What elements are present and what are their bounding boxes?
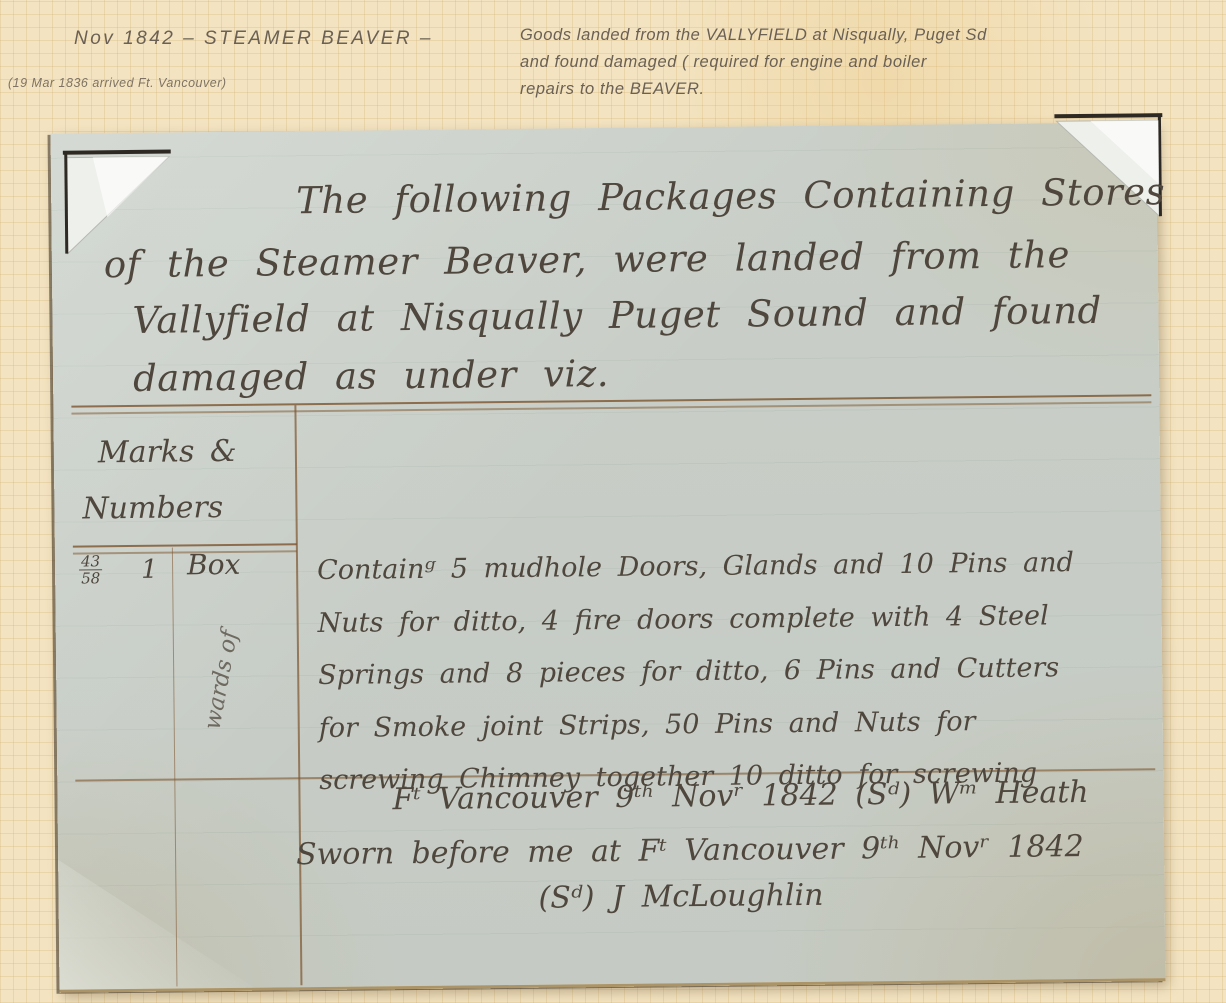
column-header-numbers: Numbers xyxy=(82,490,223,526)
annotation-archive-note: (19 Mar 1836 arrived Ft. Vancouver) xyxy=(8,76,227,90)
annotation-title: Nov 1842 – STEAMER BEAVER – xyxy=(74,28,433,50)
contents-line: for Smoke joint Strips, 50 Pins and Nuts… xyxy=(319,695,1076,755)
heading-line: of the Steamer Beaver, were landed from … xyxy=(104,233,1070,286)
attestation-line: Sworn before me at Fᵗ Vancouver 9ᵗʰ Novʳ… xyxy=(296,829,1084,872)
manuscript-document: The following Packages Containing Stores… xyxy=(51,122,1166,993)
signature-mcloughlin: (Sᵈ) J McLoughlin xyxy=(538,878,823,916)
contents-line: Springs and 8 pieces for ditto, 6 Pins a… xyxy=(318,642,1075,702)
heading-line: Vallyfield at Nisqually Puget Sound and … xyxy=(132,289,1102,342)
table-vertical-rule-sub xyxy=(172,548,178,987)
contents-line: Nuts for ditto, 4 fire doors complete wi… xyxy=(317,590,1074,650)
signature-heath: Fᵗ Vancouver 9ᵗʰ Novʳ 1842 (Sᵈ) Wᵐ Heath xyxy=(392,775,1089,817)
annotation-description-line: Goods landed from the VALLYFIELD at Nisq… xyxy=(520,22,987,49)
mark-denominator: 58 xyxy=(81,570,100,586)
annotation-description: Goods landed from the VALLYFIELD at Nisq… xyxy=(520,22,987,103)
marks-column-rule xyxy=(73,543,297,554)
scrapbook-page: Nov 1842 – STEAMER BEAVER – Goods landed… xyxy=(0,0,1226,1003)
mark-fraction: 43 58 xyxy=(79,553,102,586)
contents-line: Containᵍ 5 mudhole Doors, Glands and 10 … xyxy=(317,537,1074,597)
package-type: Box xyxy=(187,548,241,582)
table-vertical-rule-main xyxy=(294,405,302,985)
annotation-description-line: and found damaged ( required for engine … xyxy=(520,49,987,76)
contents-description: Containᵍ 5 mudhole Doors, Glands and 10 … xyxy=(317,537,1076,807)
mark-numerator: 43 xyxy=(79,553,102,570)
annotation-description-line: repairs to the BEAVER. xyxy=(520,76,987,103)
quantity-value: 1 xyxy=(141,555,158,585)
column-header-marks: Marks & xyxy=(98,434,237,470)
paper-fold xyxy=(58,858,254,990)
heading-line: The following Packages Containing Stores xyxy=(296,170,1165,222)
marginal-side-note: wards of xyxy=(199,628,243,732)
heading-line: damaged as under viz. xyxy=(133,352,609,400)
